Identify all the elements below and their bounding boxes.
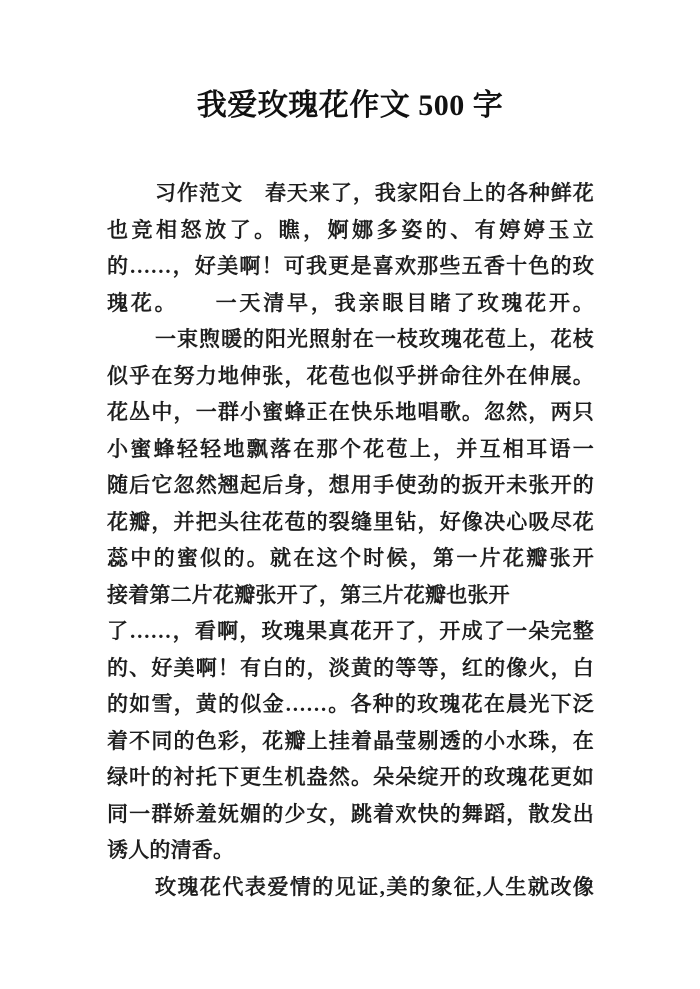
essay-line: 玫瑰花代表爱情的见证,美的象征,人生就改像 [107,869,594,906]
essay-line: 蕊中的蜜似的。就在这个时候，第一片花瓣张开了， [107,540,594,577]
essay-line: 随后它忽然翘起后身，想用手使劲的扳开未张开的 [107,467,594,504]
essay-line: 花瓣，并把头往花苞的裂缝里钻，好像决心吸尽花 [107,504,594,541]
essay-line: 一束煦暖的阳光照射在一枝玫瑰花苞上，花枝 [107,321,594,358]
essay-line: 绿叶的衬托下更生机盎然。朵朵绽开的玫瑰花更如 [107,759,594,796]
essay-line: 着不同的色彩，花瓣上挂着晶莹剔透的小水珠，在 [107,723,594,760]
essay-line: 诱人的清香。 [107,832,594,869]
essay-line: 同一群娇羞妩媚的少女，跳着欢快的舞蹈，散发出 [107,796,594,833]
essay-line: 接着第二片花瓣张开了，第三片花瓣也张开 [107,577,594,614]
essay-line: 习作范文 春天来了，我家阳台上的各种鲜花 [107,175,594,212]
essay-line: 小蜜蜂轻轻地飘落在那个花苞上，并互相耳语一阵， [107,431,594,468]
essay-line: 也竞相怒放了。瞧，婀娜多姿的、有婷婷玉立 [107,212,594,249]
essay-line: 的、好美啊！有白的，淡黄的等等，红的像火，白 [107,650,594,687]
essay-line: 似乎在努力地伸张，花苞也似乎拼命往外在伸展。 [107,358,594,395]
document-page: 我爱玫瑰花作文 500 字 习作范文 春天来了，我家阳台上的各种鲜花也竞相怒放了… [0,0,700,989]
essay-line: 了……，看啊，玫瑰果真花开了，开成了一朵完整 [107,613,594,650]
essay-title: 我爱玫瑰花作文 500 字 [0,80,700,124]
essay-line: 的如雪，黄的似金……。各种的玫瑰花在晨光下泛 [107,686,594,723]
essay-line: 瑰花。 一天清早，我亲眼目睹了玫瑰花开。 [107,285,594,322]
essay-line: 花丛中，一群小蜜蜂正在快乐地唱歌。忽然，两只 [107,394,594,431]
essay-line: 的……，好美啊！可我更是喜欢那些五香十色的玫 [107,248,594,285]
essay-body: 习作范文 春天来了，我家阳台上的各种鲜花也竞相怒放了。瞧，婀娜多姿的、有婷婷玉立… [107,175,594,905]
